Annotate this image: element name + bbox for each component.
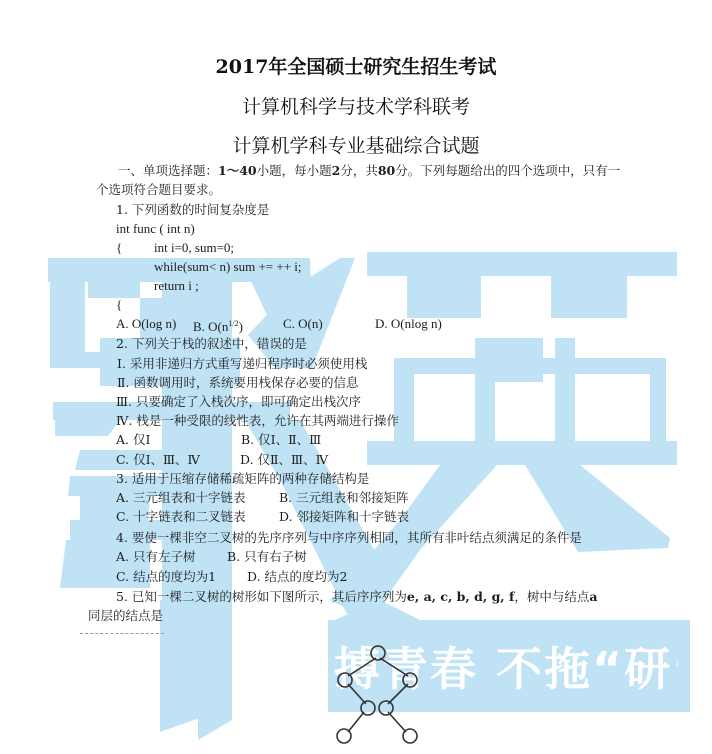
question-2-option-b: B. 仅Ⅰ、Ⅱ、Ⅲ bbox=[241, 432, 321, 448]
question-2-option-d: D. 仅Ⅱ、Ⅲ、Ⅳ bbox=[240, 452, 328, 468]
question-4-option-b: B. 只有右子树 bbox=[227, 549, 307, 565]
section-intro-text: 一、单项选择题： bbox=[118, 163, 218, 178]
question-2-statement-1: Ⅰ. 采用非递归方式重写递归程序时必须使用栈 bbox=[117, 356, 367, 372]
question-3-stem: 3. 适用于压缩存储稀疏矩阵的两种存储结构是 bbox=[116, 471, 369, 487]
question-range: 1～40 bbox=[218, 163, 257, 178]
question-2-statement-4: Ⅳ. 栈是一种受限的线性表，允许在其两端进行操作 bbox=[116, 413, 399, 429]
question-text: ，树中与结点 bbox=[514, 589, 589, 604]
question-2-statement-3: Ⅲ. 只要确定了入栈次序，即可确定出栈次序 bbox=[116, 394, 361, 410]
question-3-option-a: A. 三元组表和十字链表 bbox=[116, 490, 245, 506]
section-intro: 一、单项选择题：1～40小题，每小题2分，共80分。下列每题给出的四个选项中，只… bbox=[118, 163, 620, 179]
code-line: while(sum< n) sum += ++ i; bbox=[154, 259, 302, 275]
node-label: a bbox=[589, 589, 597, 604]
section-intro-text: 分。下列每题给出的四个选项中，只有一 bbox=[395, 163, 620, 178]
question-3-option-d: D. 邻接矩阵和十字链表 bbox=[279, 509, 409, 525]
option-text: B. O(n bbox=[193, 319, 228, 334]
code-line: { bbox=[116, 240, 122, 256]
tree-node bbox=[379, 701, 393, 715]
question-4-option-d: D. 结点的度均为2 bbox=[247, 569, 347, 585]
question-5-stem-continued: 同层的结点是 bbox=[88, 608, 163, 624]
section-intro-text: 分，共 bbox=[340, 163, 378, 178]
code-line: int i=0, sum=0; bbox=[154, 240, 234, 256]
tree-graphic bbox=[330, 640, 450, 754]
exponent: 1/2 bbox=[228, 319, 238, 328]
tree-node bbox=[403, 673, 417, 687]
question-1-option-a: A. O(log n) bbox=[116, 316, 176, 332]
tree-node bbox=[338, 673, 352, 687]
question-3-option-c: C. 十字链表和二叉链表 bbox=[116, 509, 246, 525]
question-2-option-c: C. 仅Ⅰ、Ⅲ、Ⅳ bbox=[116, 452, 200, 468]
exam-subtitle: 计算机科学与技术学科联考 bbox=[0, 92, 712, 119]
question-5-stem: 5. 已知一棵二叉树的树形如下图所示，其后序序列为e, a, c, b, d, … bbox=[116, 589, 598, 605]
question-2-option-a: A. 仅Ⅰ bbox=[116, 432, 150, 448]
question-4-option-a: A. 只有左子树 bbox=[116, 549, 195, 565]
tree-node bbox=[361, 701, 375, 715]
tree-node bbox=[371, 646, 385, 660]
exam-paper-title: 计算机学科专业基础综合试题 bbox=[0, 131, 712, 158]
section-intro-text: 小题，每小题 bbox=[257, 163, 332, 178]
tree-node bbox=[403, 729, 417, 743]
question-1-option-b: B. O(n1/2) bbox=[193, 316, 243, 335]
total-points: 80 bbox=[378, 163, 395, 178]
question-4-stem: 4. 要使一棵非空二叉树的先序序列与中序序列相同，其所有非叶结点须满足的条件是 bbox=[116, 530, 582, 546]
divider bbox=[80, 633, 164, 634]
section-intro-continued: 个选项符合题目要求。 bbox=[96, 182, 221, 198]
question-text: 5. 已知一棵二叉树的树形如下图所示，其后序序列为 bbox=[116, 589, 407, 604]
question-1-option-d: D. O(nlog n) bbox=[375, 316, 442, 332]
exam-page: 2017年全国硕士研究生招生考试 计算机科学与技术学科联考 计算机学科专业基础综… bbox=[0, 0, 712, 754]
question-2-statement-2: Ⅱ. 函数调用时，系统要用栈保存必要的信息 bbox=[117, 375, 358, 391]
code-line: { bbox=[116, 297, 122, 313]
option-text: ) bbox=[239, 319, 243, 334]
tree-node bbox=[337, 729, 351, 743]
postorder-sequence: e, a, c, b, d, g, f bbox=[407, 589, 514, 604]
code-line: return i ; bbox=[154, 278, 199, 294]
question-1-option-c: C. O(n) bbox=[283, 316, 323, 332]
question-2-stem: 2. 下列关于栈的叙述中，错误的是 bbox=[116, 336, 307, 352]
exam-title: 2017年全国硕士研究生招生考试 bbox=[0, 52, 712, 79]
question-4-option-c: C. 结点的度均为1 bbox=[116, 569, 216, 585]
question-1-stem: 1. 下列函数的时间复杂度是 bbox=[116, 202, 269, 218]
question-3-option-b: B. 三元组表和邻接矩阵 bbox=[279, 490, 409, 506]
binary-tree-diagram bbox=[330, 640, 450, 754]
code-line: int func ( int n) bbox=[116, 221, 195, 237]
